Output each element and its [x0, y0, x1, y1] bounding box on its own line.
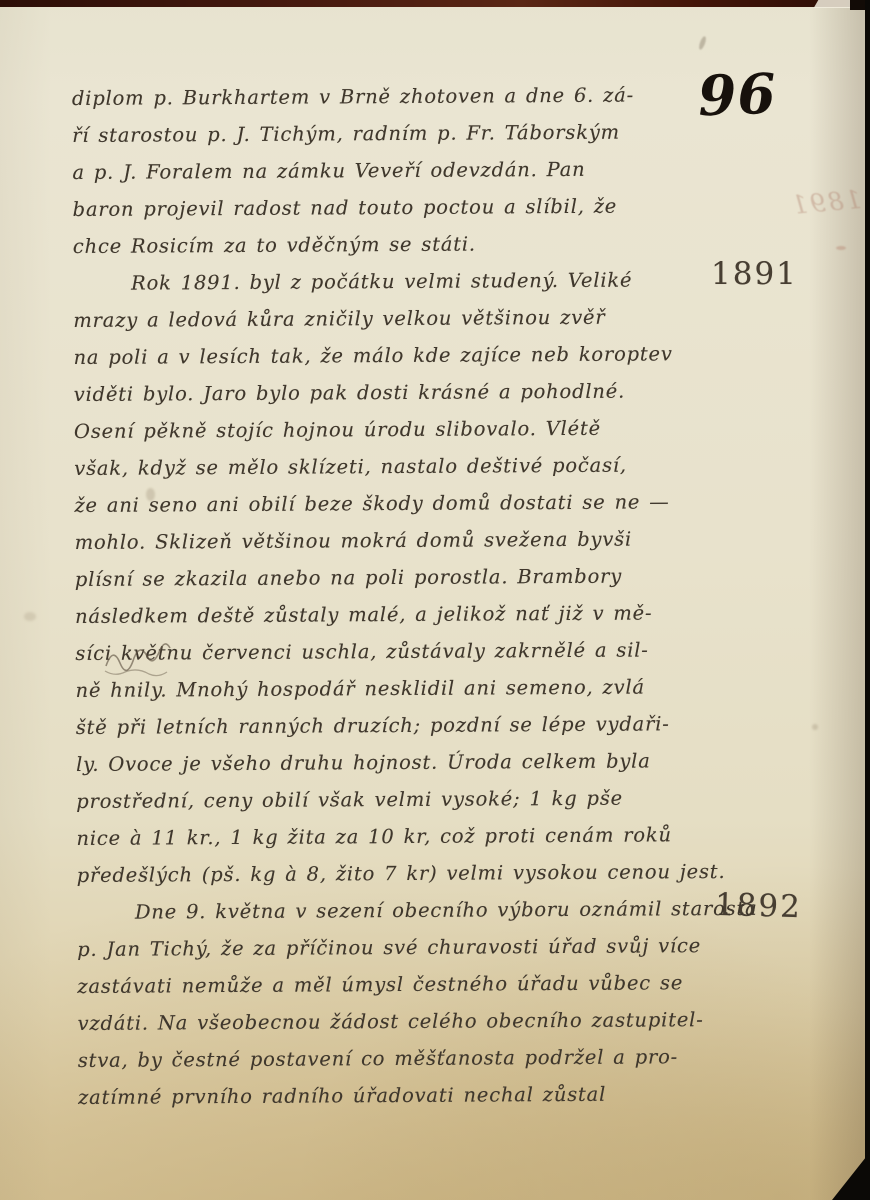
manuscript-line: p. Jan Tichý, že za příčinou své churavo… — [77, 927, 725, 968]
manuscript-line: chce Rosicím za to vděčným se státi. — [73, 224, 721, 265]
manuscript-line: a p. J. Foralem na zámku Veveří odevzdán… — [72, 150, 720, 191]
manuscript-line: ly. Ovoce je všeho druhu hojnost. Úroda … — [76, 742, 724, 783]
manuscript-line: viděti bylo. Jaro bylo pak dosti krásné … — [74, 372, 722, 413]
correction-scribble — [102, 640, 174, 682]
photo-top-edge — [0, 0, 870, 7]
manuscript-line: prostřední, ceny obilí však velmi vysoké… — [76, 779, 724, 820]
manuscript-line-paragraph-1892: Dne 9. května v sezení obecního výboru o… — [77, 890, 725, 931]
photo-right-edge — [865, 0, 870, 1200]
manuscript-line: zastávati nemůže a měl úmysl čestného úř… — [77, 964, 725, 1005]
manuscript-line: že ani seno ani obilí beze škody domů do… — [74, 483, 722, 524]
manuscript-line: mrazy a ledová kůra zničily velkou větši… — [73, 298, 721, 339]
manuscript-line: vzdáti. Na všeobecnou žádost celého obec… — [77, 1001, 725, 1042]
manuscript-line: baron projevil radost nad touto poctou a… — [73, 187, 721, 228]
manuscript-line: zatímné prvního radního úřadovati nechal… — [78, 1075, 726, 1116]
manuscript-line: ří starostou p. J. Tichým, radním p. Fr.… — [72, 113, 720, 154]
photo-top-edge-highlight — [814, 0, 855, 8]
manuscript-line: Osení pěkně stojíc hojnou úrodu sliboval… — [74, 409, 722, 450]
manuscript-line: mohlo. Sklizeň většinou mokrá domů sveže… — [75, 520, 723, 561]
manuscript-line: následkem deště zůstaly malé, a jelikož … — [75, 594, 723, 635]
manuscript-line: stva, by čestné postavení co měšťanosta … — [78, 1038, 726, 1079]
margin-year-1891: 1891 — [711, 256, 798, 292]
manuscript-line: předešlých (pš. kg à 8, žito 7 kr) velmi… — [77, 853, 725, 894]
paper-stain — [836, 246, 846, 250]
manuscript-line: nice à 11 kr., 1 kg žita za 10 kr, což p… — [76, 816, 724, 857]
manuscript-line: diplom p. Burkhartem v Brně zhotoven a d… — [72, 76, 720, 117]
manuscript-line: ště při letních ranných druzích; pozdní … — [76, 705, 724, 746]
paper-stain — [24, 612, 36, 621]
paper-stain — [812, 724, 818, 730]
manuscript-line: však, když se mělo sklízeti, nastalo deš… — [74, 446, 722, 487]
ink-bleed-through: 1891 — [789, 185, 863, 220]
manuscript-text-block: diplom p. Burkhartem v Brně zhotoven a d… — [72, 76, 726, 1116]
manuscript-line-paragraph-1891: Rok 1891. byl z počátku velmi studený. V… — [73, 261, 721, 302]
manuscript-line: na poli a v lesích tak, že málo kde zají… — [73, 335, 721, 376]
manuscript-line: plísní se zkazila anebo na poli porostla… — [75, 557, 723, 598]
